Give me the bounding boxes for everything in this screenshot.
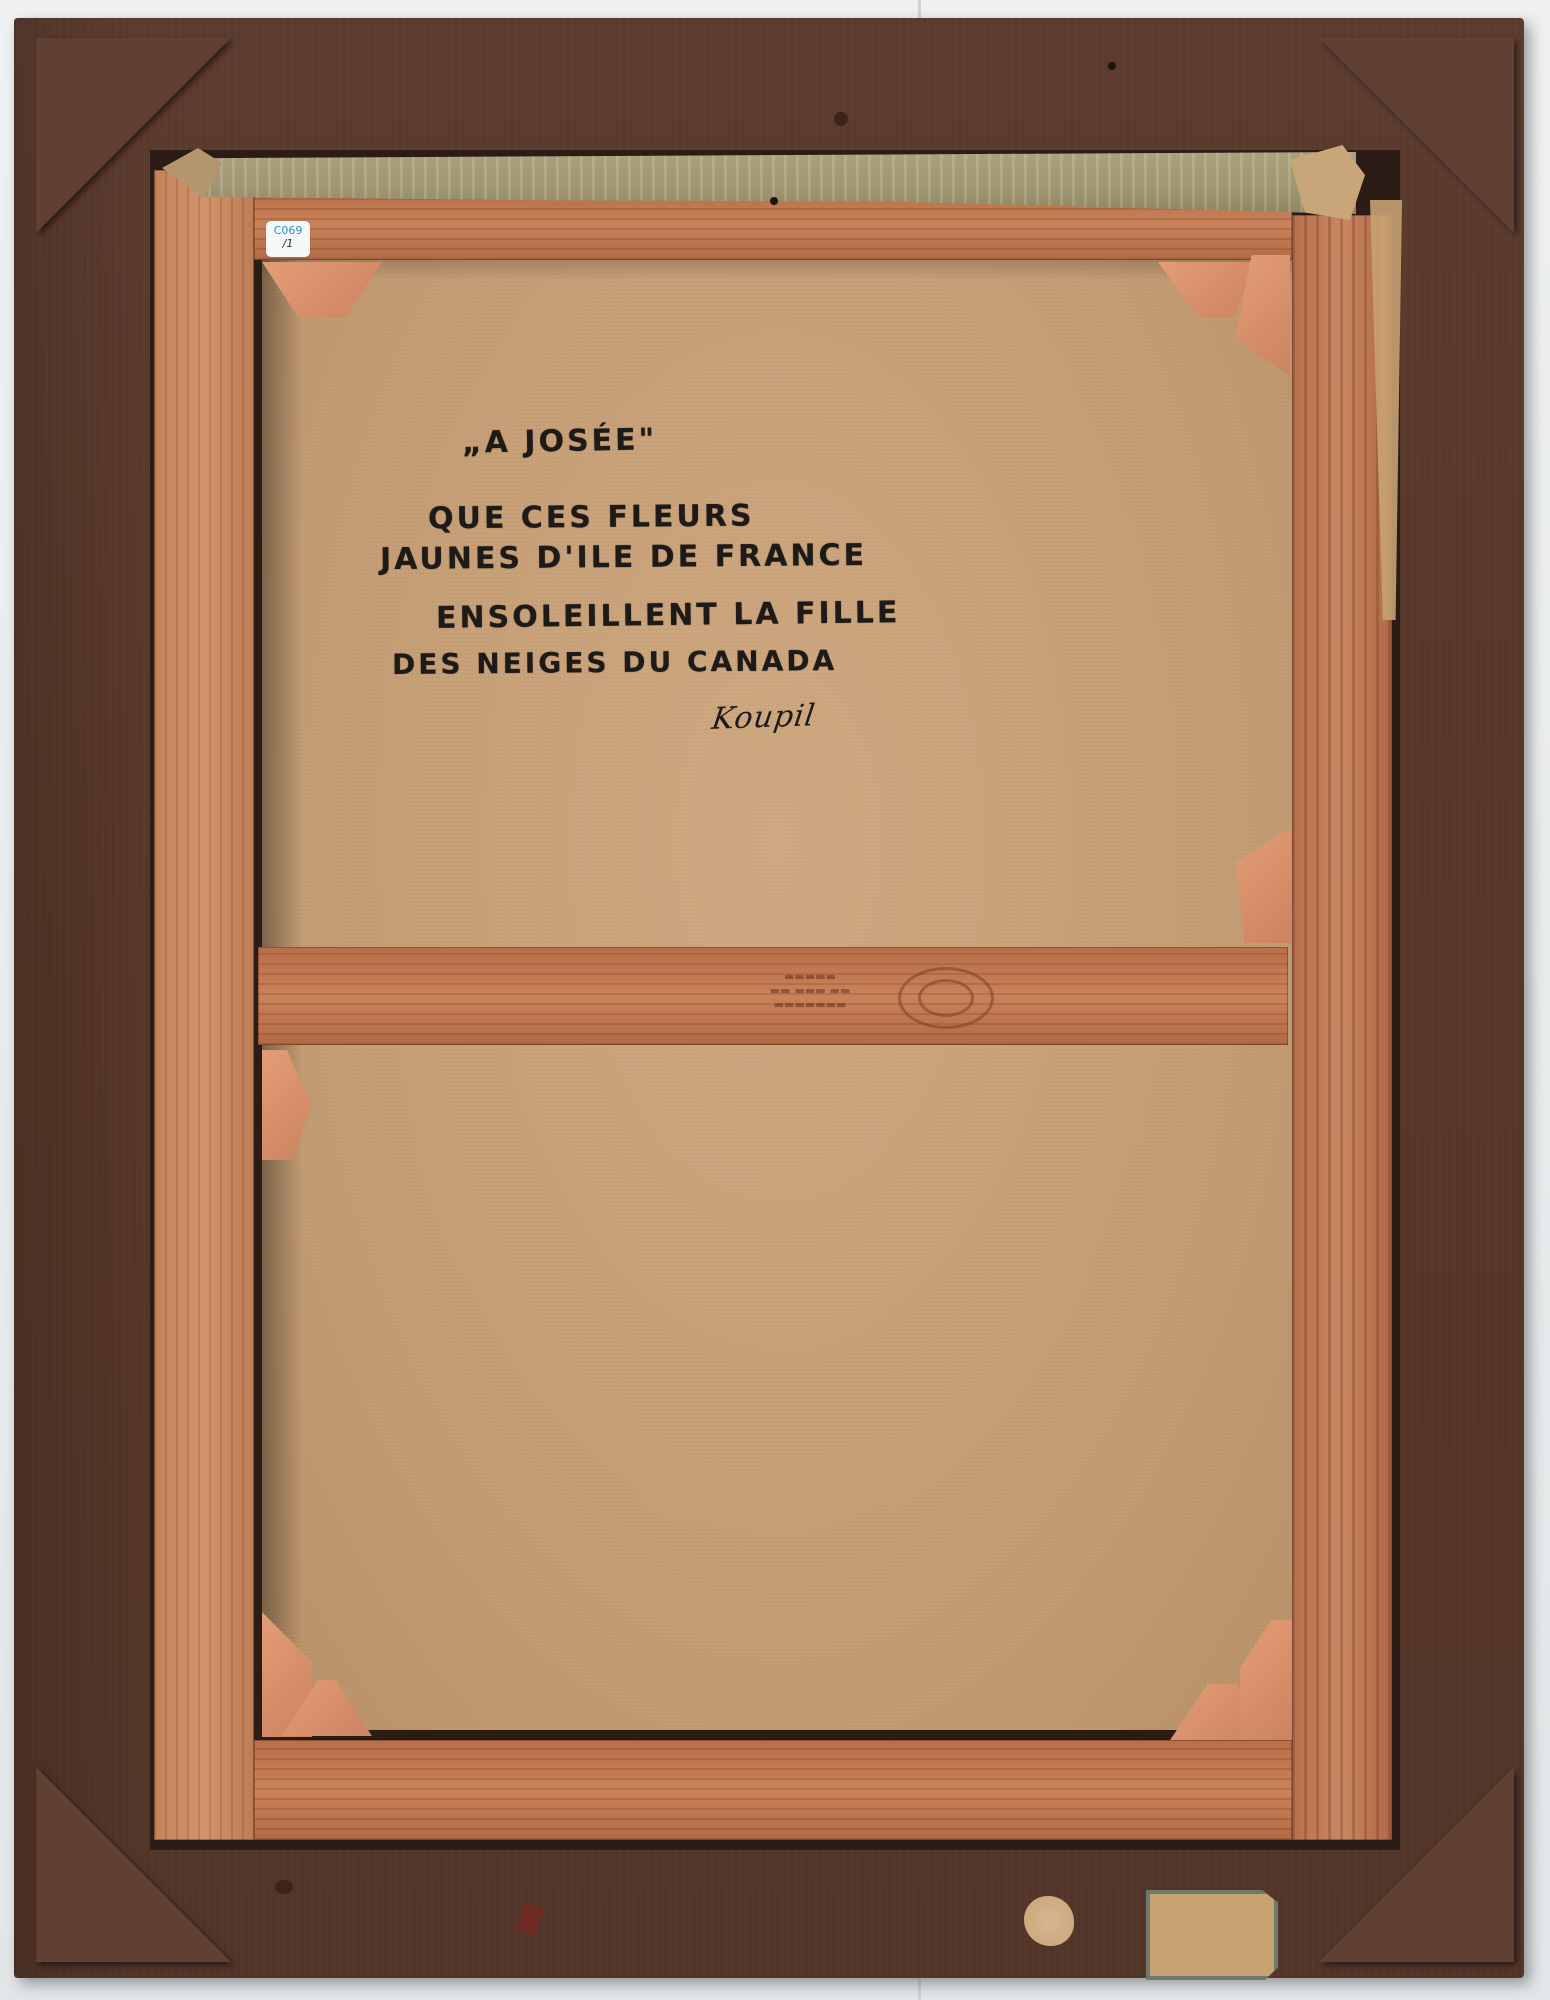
- wood-knot: [834, 112, 848, 126]
- artist-signature: Koupil: [710, 698, 818, 737]
- wood-knot: [275, 1880, 293, 1894]
- inscription-line: JAUNES D'ILE DE FRANCE: [380, 538, 867, 577]
- wood-knot: [918, 979, 974, 1017]
- stamp-line: ▬▬ ▬▬▬ ▬▬: [735, 984, 885, 998]
- stretcher-bar-left: [154, 170, 254, 1840]
- nail-hole: [1108, 62, 1116, 70]
- stretcher-bar-right: [1292, 215, 1392, 1840]
- nail-hole: [770, 197, 778, 205]
- stretcher-bar-bottom: [254, 1740, 1292, 1840]
- crossbar-stamp: ▬▬▬▬▬ ▬▬ ▬▬▬ ▬▬ ▬▬▬▬▬▬▬: [735, 970, 885, 1012]
- octagonal-label: [1146, 1890, 1278, 1980]
- inventory-sticker: C069 /1: [266, 221, 310, 257]
- inscription-line: ENSOLEILLENT LA FILLE: [436, 595, 901, 636]
- round-label: [1024, 1896, 1074, 1946]
- sticker-number: /1: [266, 237, 310, 250]
- inscription-line: DES NEIGES DU CANADA: [392, 644, 838, 681]
- stamp-line: ▬▬▬▬▬: [735, 970, 885, 984]
- inscription-line: QUE CES FLEURS: [428, 499, 755, 537]
- frame-shade: [14, 18, 144, 1978]
- stamp-line: ▬▬▬▬▬▬▬: [735, 998, 885, 1012]
- sticker-code: C069: [266, 224, 310, 237]
- inscription-dedication: „A JOSÉE": [462, 422, 658, 460]
